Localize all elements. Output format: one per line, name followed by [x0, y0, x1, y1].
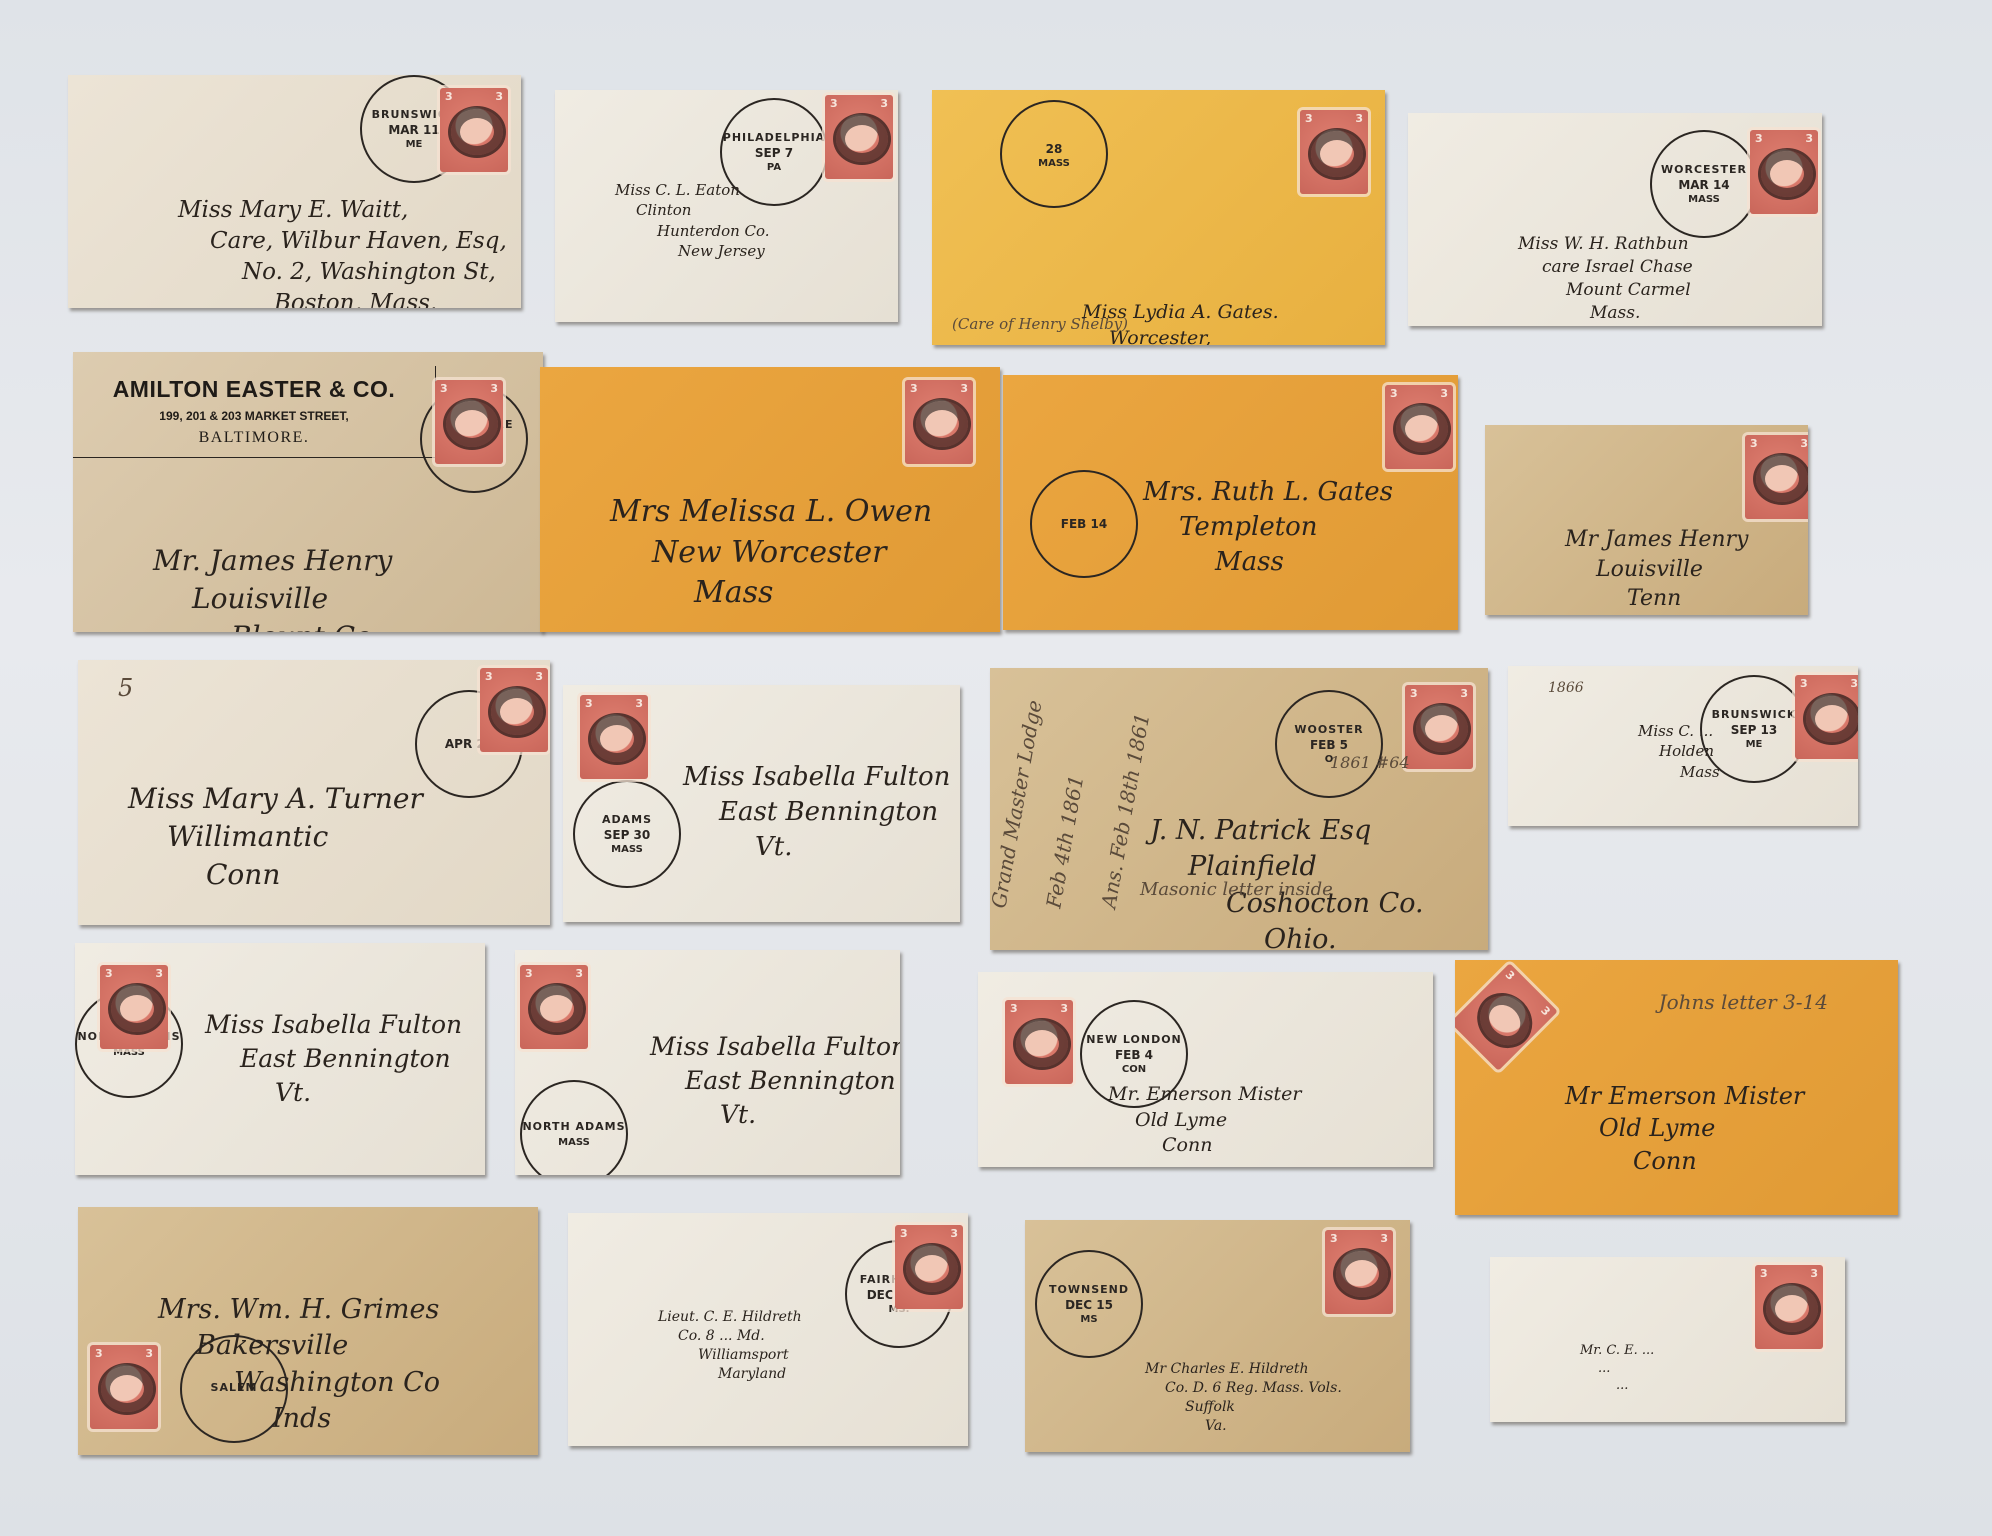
cancel-mark-icon: [913, 398, 971, 450]
postmark-date: SEP 13: [1731, 723, 1778, 737]
address-line: Hunterdon Co.: [615, 221, 770, 241]
address-line: Miss W. H. Rathbun: [1518, 233, 1693, 256]
cancel-mark-icon: [1758, 148, 1816, 200]
envelope: WORCESTERMAR 14MASS33Miss W. H. Rathbunc…: [1408, 113, 1822, 326]
envelope: WOOSTERFEB 5O33J. N. Patrick EsqPlainfie…: [990, 668, 1488, 950]
cancel-mark-icon: [833, 113, 891, 165]
pencil-note: Johns letter 3-14: [1659, 990, 1828, 1014]
stamp-3c-washington: 33: [1005, 1000, 1073, 1084]
cancel-mark-icon: [488, 686, 546, 738]
envelope: PHILADELPHIASEP 7PA33Miss C. L. EatonCli…: [555, 90, 898, 322]
postmark-state: ME: [1746, 739, 1763, 750]
stamp-value: 3: [155, 967, 163, 980]
postmark-town: PHILADELPHIA: [723, 131, 825, 144]
address-line: East Bennington: [683, 795, 950, 830]
address-line: Bakersville: [158, 1328, 440, 1364]
stamp-value: 3: [1755, 132, 1763, 145]
postmark: ADAMSSEP 30MASS: [573, 780, 681, 888]
stamp-value: 3: [1805, 132, 1813, 145]
pencil-note: 1866: [1548, 680, 1584, 696]
stamp-value: 3: [105, 967, 113, 980]
stamp-value: 3: [1330, 1232, 1338, 1245]
corner-card-name: AMILTON EASTER & CO.: [89, 376, 419, 403]
address: Mrs. Ruth L. GatesTempletonMass: [1143, 475, 1393, 580]
address-line: Washington Co: [158, 1365, 440, 1401]
address-line: Miss Mary A. Turner: [128, 780, 423, 818]
address-line: ...: [1580, 1360, 1654, 1378]
address: Miss Mary E. Waitt,Care, Wilbur Haven, E…: [178, 195, 507, 308]
envelope: ADAMSSEP 30MASS33Miss Isabella FultonEas…: [563, 685, 960, 922]
stamp-3c-washington: 33: [1745, 435, 1808, 519]
stamp-value: 3: [1503, 968, 1518, 983]
cancel-mark-icon: [903, 1243, 961, 1295]
stamp-value: 3: [1305, 112, 1313, 125]
address-line: Miss Isabella Fulton: [683, 760, 950, 795]
postmark-town: BRUNSWICK: [1712, 708, 1797, 721]
address: Miss Isabella FultonEast BenningtonVt.: [650, 1030, 900, 1131]
corner-card-street: 199, 201 & 203 MARKET STREET,: [89, 409, 419, 423]
envelope: BRUNSWICKMAR 11ME33Miss Mary E. Waitt,Ca…: [68, 75, 521, 308]
stamp-3c-washington: 33: [1385, 385, 1453, 469]
address-line: care Israel Chase: [1518, 256, 1693, 279]
postmark-date: FEB 4: [1115, 1048, 1153, 1062]
address-line: Old Lyme: [1108, 1108, 1301, 1134]
postmark: FEB 14: [1030, 470, 1138, 578]
stamp-value: 3: [950, 1227, 958, 1240]
stamp-value: 3: [575, 967, 583, 980]
address-line: Miss Mary E. Waitt,: [178, 195, 507, 226]
postmark-state: CON: [1122, 1064, 1146, 1075]
address: Mr James HenryLouisvilleTenn: [1565, 525, 1748, 614]
address: Lieut. C. E. HildrethCo. 8 ... Md.Willia…: [658, 1308, 802, 1384]
address-line: Suffolk: [1145, 1398, 1342, 1417]
address-line: Care, Wilbur Haven, Esq,: [178, 226, 507, 257]
address-line: Mass: [1143, 545, 1393, 580]
envelope: FAIRHAVENDEC 1862MS.33Lieut. C. E. Hildr…: [568, 1213, 968, 1446]
postmark-state: MASS: [611, 844, 643, 855]
address-line: Maryland: [658, 1365, 802, 1384]
stamp-3c-washington: 33: [435, 380, 503, 464]
postmark-town: TOWNSEND: [1049, 1283, 1129, 1296]
stamp-value: 3: [495, 90, 503, 103]
address-line: Mass: [1638, 762, 1720, 782]
address-line: East Bennington: [205, 1042, 462, 1076]
address-line: Blount Co.: [153, 618, 392, 632]
postmark-date: MAR 11: [388, 123, 439, 137]
cancel-mark-icon: [448, 106, 506, 158]
stamp-value: 3: [1460, 687, 1468, 700]
stamp-3c-washington: 33: [905, 380, 973, 464]
address-line: Miss C. ...: [1638, 721, 1720, 741]
cancel-mark-icon: [1803, 693, 1858, 745]
postmark-town: ADAMS: [602, 813, 652, 826]
stamp-value: 3: [1760, 1267, 1768, 1280]
address-line: Louisville: [153, 580, 392, 618]
postmark-state: MS: [1080, 1314, 1097, 1325]
corner-card-city: BALTIMORE.: [89, 429, 419, 447]
address-line: Templeton: [1143, 510, 1393, 545]
stamp-3c-washington: 33: [480, 668, 548, 752]
stamp-3c-washington: 33: [1455, 963, 1558, 1070]
postmark-state: MASS: [1688, 194, 1720, 205]
postmark: 28MASS: [1000, 100, 1108, 208]
address-line: Mass.: [1518, 302, 1693, 325]
envelope: 33Mrs Melissa L. OwenNew WorcesterMass: [540, 367, 1000, 632]
docket-note: Grand Master Lodge: [990, 698, 1047, 910]
postmark-date: DEC 15: [1065, 1298, 1113, 1312]
stamp-3c-washington: 33: [90, 1345, 158, 1429]
address-line: East Bennington: [650, 1064, 900, 1098]
cancel-mark-icon: [98, 1363, 156, 1415]
envelope: FEB 1433Mrs. Ruth L. GatesTempletonMass: [1003, 375, 1458, 630]
cancel-mark-icon: [1013, 1018, 1071, 1070]
stamp-3c-washington: 33: [1300, 110, 1368, 194]
postmark-date: SEP 7: [755, 146, 793, 160]
stamp-value: 3: [445, 90, 453, 103]
envelope: NORTH ADAMSMASS33Miss Isabella FultonEas…: [515, 950, 900, 1175]
envelope: 28MASS33Miss Lydia A. Gates.Worcester,Ma…: [932, 90, 1385, 345]
envelope: TOWNSENDDEC 15MS33Mr Charles E. Hildreth…: [1025, 1220, 1410, 1452]
address-line: Mrs Melissa L. Owen: [610, 492, 932, 533]
stamp-3c-washington: 33: [1750, 130, 1818, 214]
stamp-3c-washington: 33: [1405, 685, 1473, 769]
cancel-mark-icon: [108, 983, 166, 1035]
stamp-value: 3: [1060, 1002, 1068, 1015]
stamp-3c-washington: 33: [895, 1225, 963, 1309]
postmark-date: 28: [1046, 142, 1063, 156]
stamp-value: 3: [635, 697, 643, 710]
stamp-value: 3: [880, 97, 888, 110]
address: Mr Charles E. HildrethCo. D. 6 Reg. Mass…: [1145, 1360, 1342, 1436]
cancel-mark-icon: [443, 398, 501, 450]
address-line: Mr Charles E. Hildreth: [1145, 1360, 1342, 1379]
stamp-value: 3: [910, 382, 918, 395]
postmark-town: WORCESTER: [1661, 163, 1747, 176]
postmark-state: PA: [767, 162, 781, 173]
address: Mrs Melissa L. OwenNew WorcesterMass: [610, 492, 932, 614]
address: Mr. Emerson MisterOld LymeConn: [1108, 1082, 1301, 1159]
cancel-mark-icon: [1333, 1248, 1391, 1300]
address-line: Mrs. Ruth L. Gates: [1143, 475, 1393, 510]
stamp-value: 3: [490, 382, 498, 395]
envelope: SALEM33Mrs. Wm. H. GrimesBakersvilleWash…: [78, 1207, 538, 1455]
docket-note: Masonic letter inside: [1140, 879, 1333, 900]
address-line: Conn: [1565, 1145, 1804, 1177]
stamp-3c-washington: 33: [1755, 1265, 1823, 1349]
address-line: Old Lyme: [1565, 1112, 1804, 1144]
address-line: New Worcester: [610, 533, 932, 574]
postmark-town: NEW LONDON: [1086, 1033, 1182, 1046]
docket-note: Feb 4th 1861: [1041, 773, 1088, 910]
cancel-mark-icon: [528, 983, 586, 1035]
stamp-value: 3: [440, 382, 448, 395]
address: Miss C. ...HoldenMass: [1638, 721, 1720, 782]
stamp-value: 3: [1850, 677, 1858, 690]
address-line: Co. 8 ... Md.: [658, 1327, 802, 1346]
envelope: BRUNSWICKSEP 13ME33Miss C. ...HoldenMass…: [1508, 666, 1858, 826]
envelope: 33Mr James HenryLouisvilleTenn: [1485, 425, 1808, 615]
corner-card: AMILTON EASTER & CO.199, 201 & 203 MARKE…: [73, 366, 436, 458]
address-line: Mr James Henry: [1565, 525, 1748, 555]
envelope: 33Mr. C. E. .........: [1490, 1257, 1845, 1422]
address: Mr Emerson MisterOld LymeConn: [1565, 1080, 1804, 1177]
stamp-value: 3: [1010, 1002, 1018, 1015]
address: Miss C. L. EatonClintonHunterdon Co.New …: [615, 180, 770, 261]
stamp-3c-washington: 33: [580, 695, 648, 779]
stamp-value: 3: [1750, 437, 1758, 450]
docket-note: 1861 #64: [1330, 753, 1410, 772]
cancel-mark-icon: [1413, 703, 1471, 755]
postmark: TOWNSENDDEC 15MS: [1035, 1250, 1143, 1358]
address-line: Mr Emerson Mister: [1565, 1080, 1804, 1112]
address: Mr. James HenryLouisvilleBlount Co.E Ten…: [153, 542, 392, 632]
address-line: Willimantic: [128, 818, 423, 856]
address-line: Boston, Mass.: [178, 288, 507, 308]
stamp-value: 3: [1810, 1267, 1818, 1280]
stamp-value: 3: [485, 670, 493, 683]
envelope: NORTH ADAMSMASS33Miss Isabella FultonEas…: [75, 943, 485, 1175]
address-line: Holden: [1638, 741, 1720, 761]
address-line: Va.: [1145, 1417, 1342, 1436]
envelope: AMILTON EASTER & CO.199, 201 & 203 MARKE…: [73, 352, 543, 632]
address-line: Miss Isabella Fulton: [205, 1008, 462, 1042]
cancel-mark-icon: [588, 713, 646, 765]
stamp-value: 3: [1355, 112, 1363, 125]
cancel-mark-icon: [1763, 1283, 1821, 1335]
stamp-value: 3: [1800, 677, 1808, 690]
pencil-note: (Care of Henry Shelby): [952, 315, 1128, 333]
postmark: WORCESTERMAR 14MASS: [1650, 130, 1758, 238]
stamp-value: 3: [1410, 687, 1418, 700]
stamp-3c-washington: 33: [1325, 1230, 1393, 1314]
address-line: Mrs. Wm. H. Grimes: [158, 1292, 440, 1328]
address: Mr. C. E. .........: [1580, 1342, 1654, 1395]
stamp-3c-washington: 33: [520, 965, 588, 1049]
postmark-date: FEB 14: [1061, 517, 1107, 531]
address-line: Williamsport: [658, 1346, 802, 1365]
address-line: Vt.: [205, 1076, 462, 1110]
postmark-state: ME: [406, 139, 423, 150]
address-line: Inds: [158, 1401, 440, 1437]
envelope: NEW LONDONFEB 4CON33Mr. Emerson MisterOl…: [978, 972, 1433, 1167]
stamp-value: 3: [830, 97, 838, 110]
stamp-3c-washington: 33: [440, 88, 508, 172]
stamp-value: 3: [900, 1227, 908, 1240]
stamp-value: 3: [1440, 387, 1448, 400]
address-line: Miss C. L. Eaton: [615, 180, 770, 200]
stamp-value: 3: [1390, 387, 1398, 400]
stamp-value: 3: [535, 670, 543, 683]
postmark-state: MASS: [558, 1137, 590, 1148]
address-line: Clinton: [615, 200, 770, 220]
stamp-value: 3: [1380, 1232, 1388, 1245]
stamp-3c-washington: 33: [1795, 675, 1858, 759]
cancel-mark-icon: [1393, 403, 1451, 455]
address-line: Co. D. 6 Reg. Mass. Vols.: [1145, 1379, 1342, 1398]
address-line: Mr. C. E. ...: [1580, 1342, 1654, 1360]
address-line: Mr. Emerson Mister: [1108, 1082, 1301, 1108]
stamp-3c-washington: 33: [825, 95, 893, 179]
address: Miss Isabella FultonEast BenningtonVt.: [205, 1008, 462, 1109]
postmark-date: SEP 30: [604, 828, 651, 842]
stamp-value: 3: [95, 1347, 103, 1360]
address-line: No. 2, Washington St,: [178, 257, 507, 288]
stamp-value: 3: [1800, 437, 1808, 450]
address-line: Mr. James Henry: [153, 542, 392, 580]
address-line: Vt.: [683, 830, 950, 865]
postmark-date: FEB 5: [1310, 738, 1348, 752]
address-line: Conn: [128, 856, 423, 894]
postmark-state: MASS: [1038, 158, 1070, 169]
address-line: Louisville: [1565, 555, 1748, 585]
address: Mrs. Wm. H. GrimesBakersvilleWashington …: [158, 1292, 440, 1438]
address-line: J. N. Patrick Esq: [1150, 813, 1424, 849]
postmark: NORTH ADAMSMASS: [520, 1080, 628, 1175]
address-line: ...: [1580, 1377, 1654, 1395]
address-line: Ohio.: [1150, 922, 1424, 950]
postmark: WOOSTERFEB 5O: [1275, 690, 1383, 798]
address: Miss Mary A. TurnerWillimanticConn: [128, 780, 423, 893]
cancel-mark-icon: [1308, 128, 1366, 180]
stamp-3c-washington: 33: [100, 965, 168, 1049]
address-line: Mount Carmel: [1518, 279, 1693, 302]
envelope: APR 2933Miss Mary A. TurnerWillimanticCo…: [78, 660, 550, 925]
postmark-date: MAR 14: [1678, 178, 1729, 192]
postmark-town: NORTH ADAMS: [522, 1120, 625, 1133]
address-line: Miss Isabella Fulton: [650, 1030, 900, 1064]
address-line: Conn: [1108, 1133, 1301, 1159]
stamp-value: 3: [145, 1347, 153, 1360]
stamp-value: 3: [1538, 1004, 1553, 1019]
address-line: Mass: [610, 573, 932, 614]
address-line: Tenn: [1565, 584, 1748, 614]
pencil-note: 5: [118, 674, 133, 702]
address-line: New Jersey: [615, 241, 770, 261]
address: Miss Isabella FultonEast BenningtonVt.: [683, 760, 950, 865]
address: Miss W. H. Rathbuncare Israel ChaseMount…: [1518, 233, 1693, 325]
postmark-town: WOOSTER: [1294, 723, 1363, 736]
address-line: Lieut. C. E. Hildreth: [658, 1308, 802, 1327]
cancel-mark-icon: [1753, 453, 1808, 505]
stamp-value: 3: [585, 697, 593, 710]
address-line: Vt.: [650, 1098, 900, 1132]
stamp-value: 3: [960, 382, 968, 395]
envelope: 33Mr Emerson MisterOld LymeConnJohns let…: [1455, 960, 1898, 1215]
stamp-value: 3: [525, 967, 533, 980]
